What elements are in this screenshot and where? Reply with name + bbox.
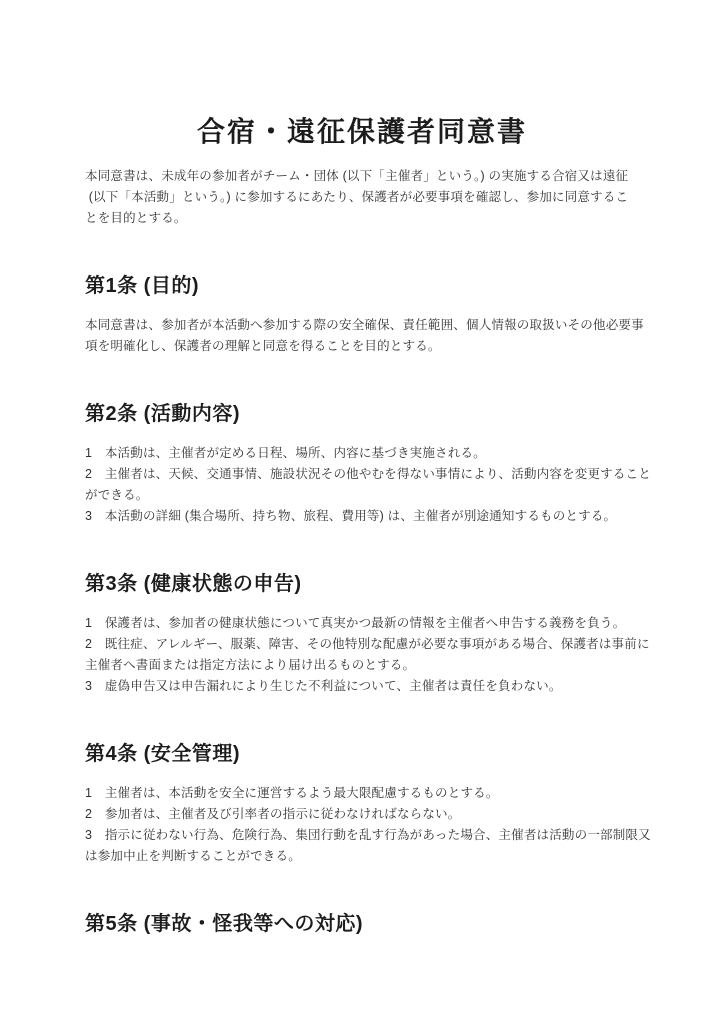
article-3-body: 1 保護者は、参加者の健康状態について真実かつ最新の情報を主催者へ申告する義務を… xyxy=(85,613,666,697)
article-section-3: 第3条 (健康状態の申告) 1 保護者は、参加者の健康状態について真実かつ最新の… xyxy=(85,571,666,697)
article-3-heading: 第3条 (健康状態の申告) xyxy=(85,571,666,598)
article-1-heading: 第1条 (目的) xyxy=(85,273,666,300)
article-5-heading: 第5条 (事故・怪我等への対応) xyxy=(85,911,666,938)
article-4-heading: 第4条 (安全管理) xyxy=(85,741,666,768)
document-title: 合宿・遠征保護者同意書 xyxy=(0,112,724,151)
article-section-2: 第2条 (活動内容) 1 本活動は、主催者が定める日程、場所、内容に基づき実施さ… xyxy=(85,401,666,527)
article-section-1: 第1条 (目的) 本同意書は、参加者が本活動へ参加する際の安全確保、責任範囲、個… xyxy=(85,273,666,357)
article-2-heading: 第2条 (活動内容) xyxy=(85,401,666,428)
article-section-4: 第4条 (安全管理) 1 主催者は、本活動を安全に運営するよう最大限配慮するもの… xyxy=(85,741,666,867)
article-2-body: 1 本活動は、主催者が定める日程、場所、内容に基づき実施される。 2 主催者は、… xyxy=(85,443,666,527)
article-4-body: 1 主催者は、本活動を安全に運営するよう最大限配慮するものとする。 2 参加者は… xyxy=(85,783,666,867)
article-section-5: 第5条 (事故・怪我等への対応) xyxy=(85,911,666,938)
article-1-body: 本同意書は、参加者が本活動へ参加する際の安全確保、責任範囲、個人情報の取扱いその… xyxy=(85,315,666,357)
document-page: 合宿・遠征保護者同意書 本同意書は、未成年の参加者がチーム・団体 (以下「主催者… xyxy=(0,0,724,1024)
document-intro-paragraph: 本同意書は、未成年の参加者がチーム・団体 (以下「主催者」という。) の実施する… xyxy=(85,166,666,229)
